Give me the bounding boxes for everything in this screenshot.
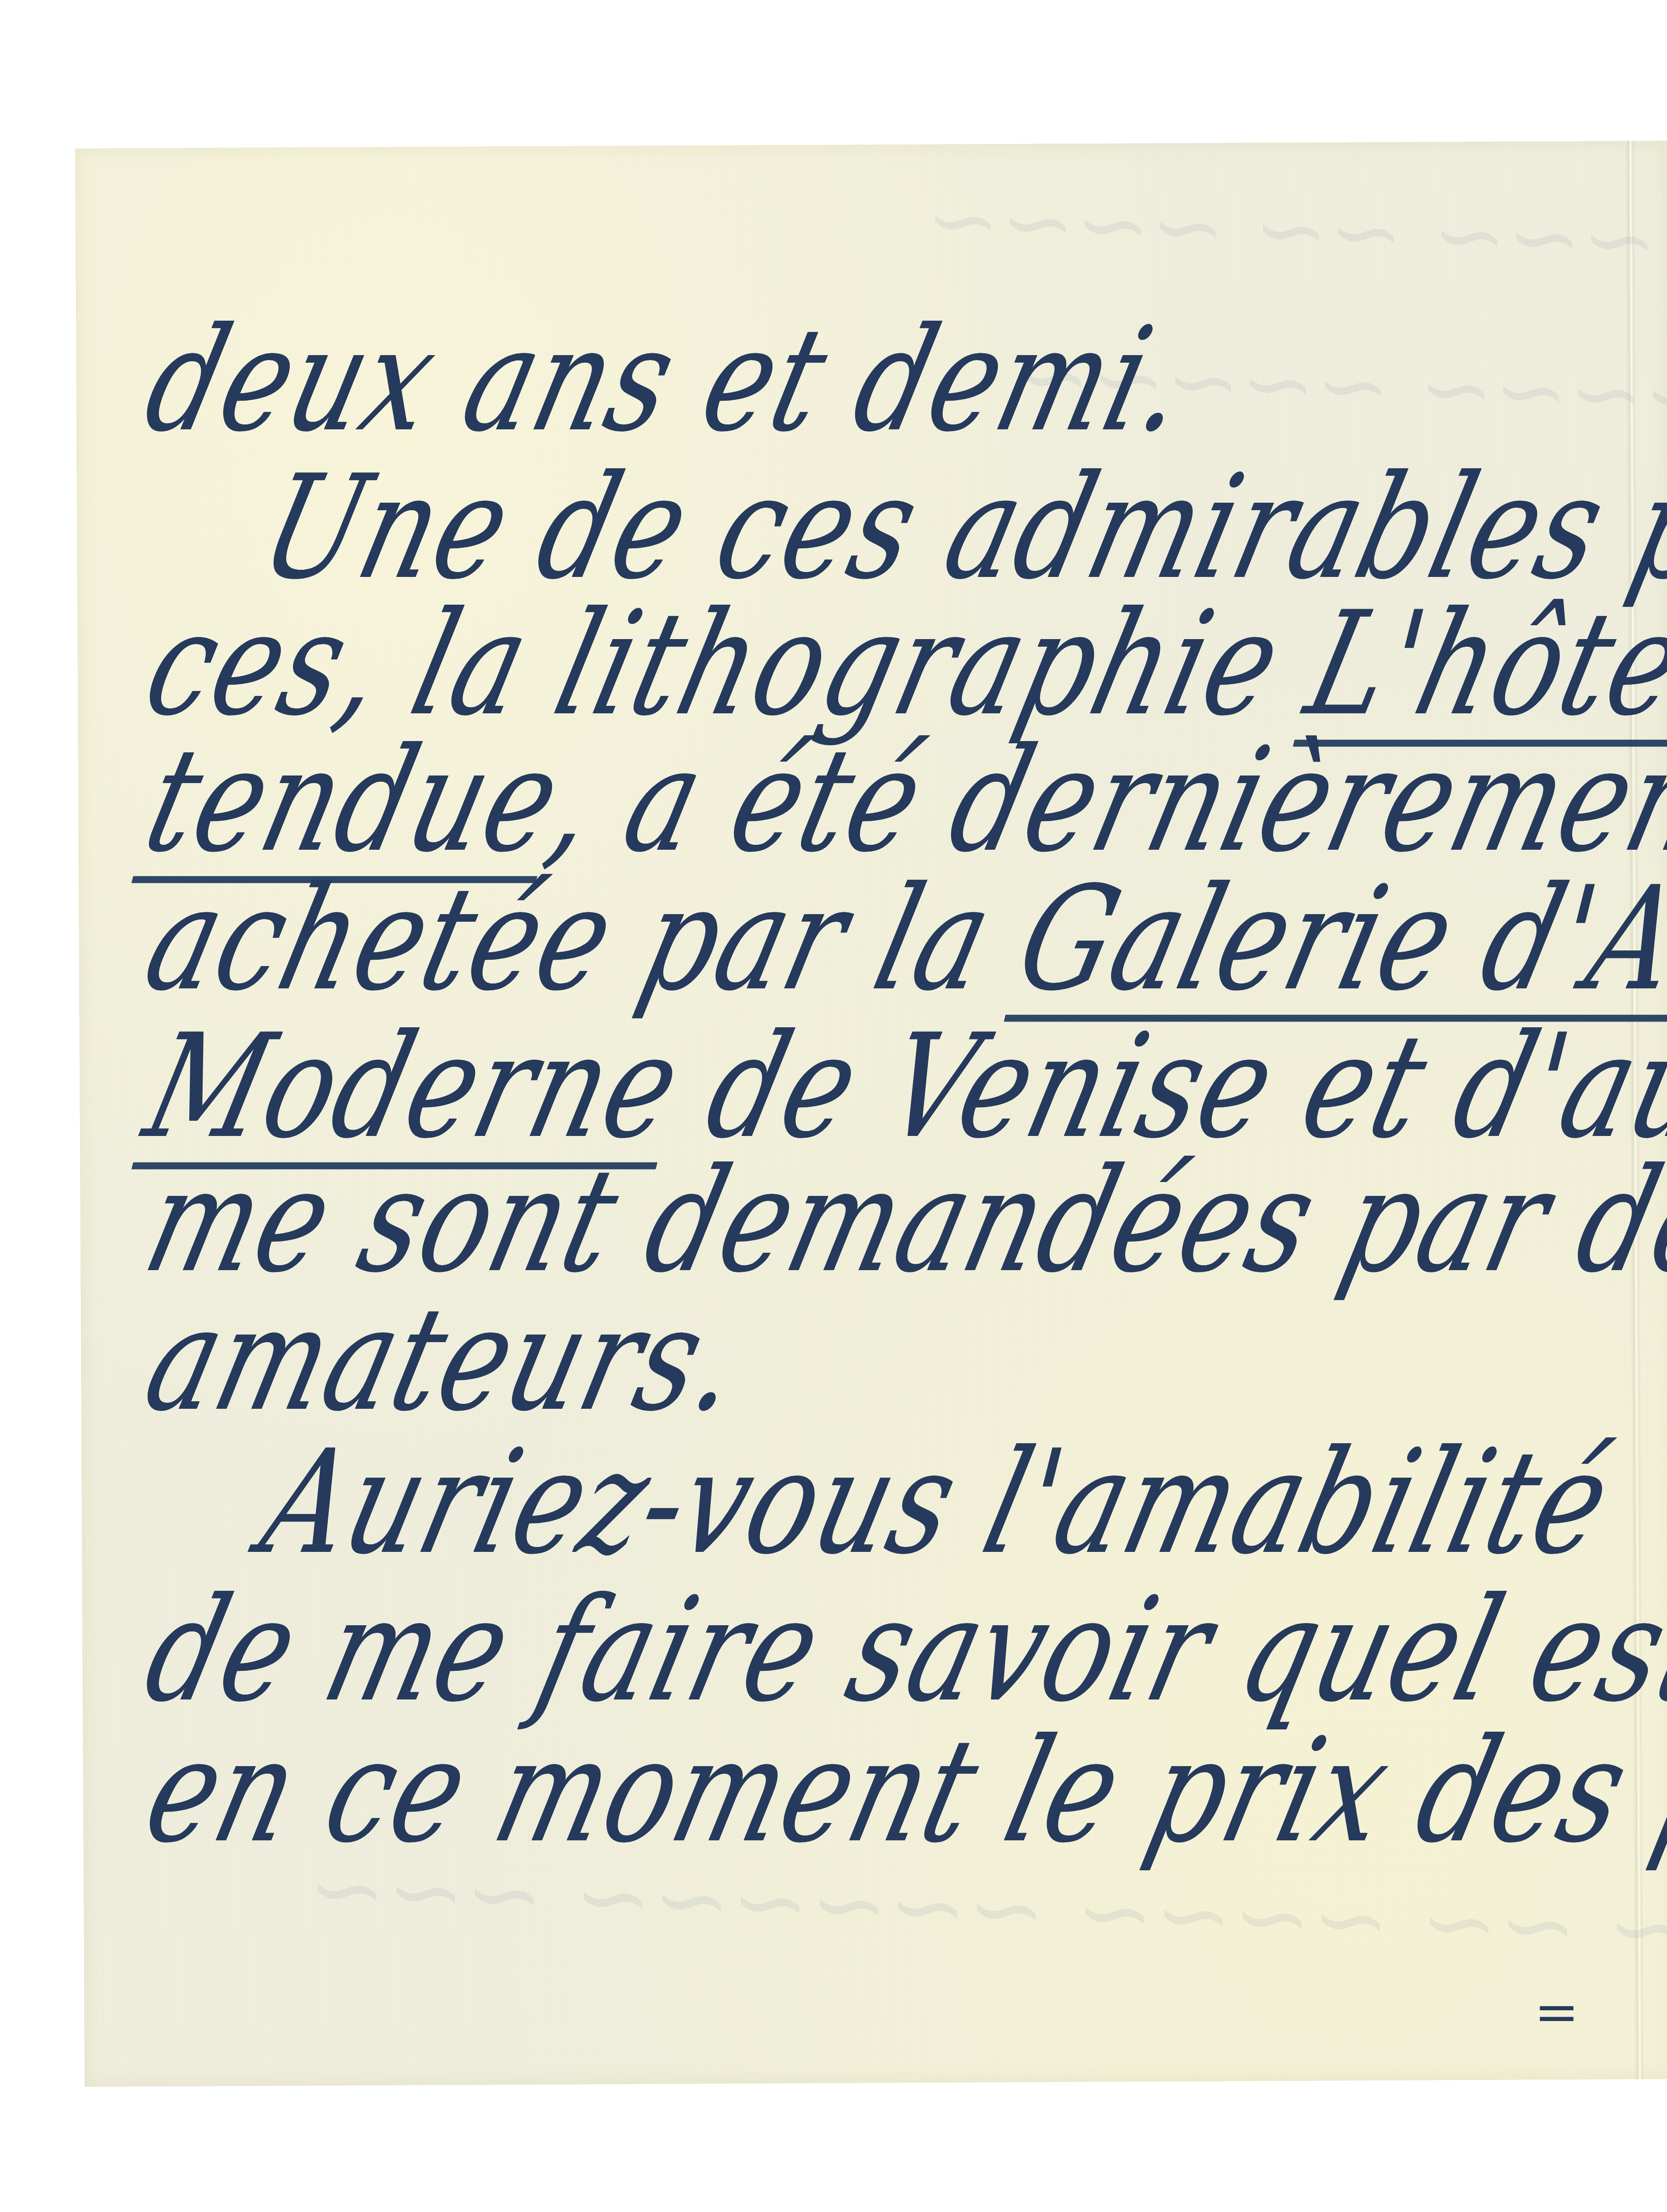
letter-line-6: Moderne de Venise et d'autres: [134, 1015, 1667, 1158]
letter-line-11: en ce moment le prix des piè-: [134, 1720, 1667, 1863]
letter-line-5: achetée par la Galerie d'Art: [134, 868, 1667, 1011]
continuation-mark: =: [1534, 1986, 1579, 2039]
letter-line-4: tendue, a été dernièrement: [134, 729, 1667, 872]
letter-line-10: de me faire savoir quel est: [134, 1579, 1667, 1722]
letter-line-1: deux ans et demi.: [134, 309, 1202, 452]
letter-line-8: amateurs.: [134, 1288, 755, 1431]
underlined-gallery-name: Galerie d'Art: [1004, 856, 1667, 1022]
letter-line-2: Une de ces admirables piè-: [250, 456, 1667, 599]
letter-line-9: Auriez-vous l'amabilité: [250, 1431, 1624, 1574]
line-5-text: achetée par la: [131, 856, 1045, 1022]
letter-line-3: ces, la lithographie L'hôte inat-: [134, 593, 1667, 736]
letter-line-7: me sont demandées par des: [134, 1149, 1667, 1292]
bleed-through-text: ~~~ ~~ ~~~~: [924, 167, 1659, 293]
